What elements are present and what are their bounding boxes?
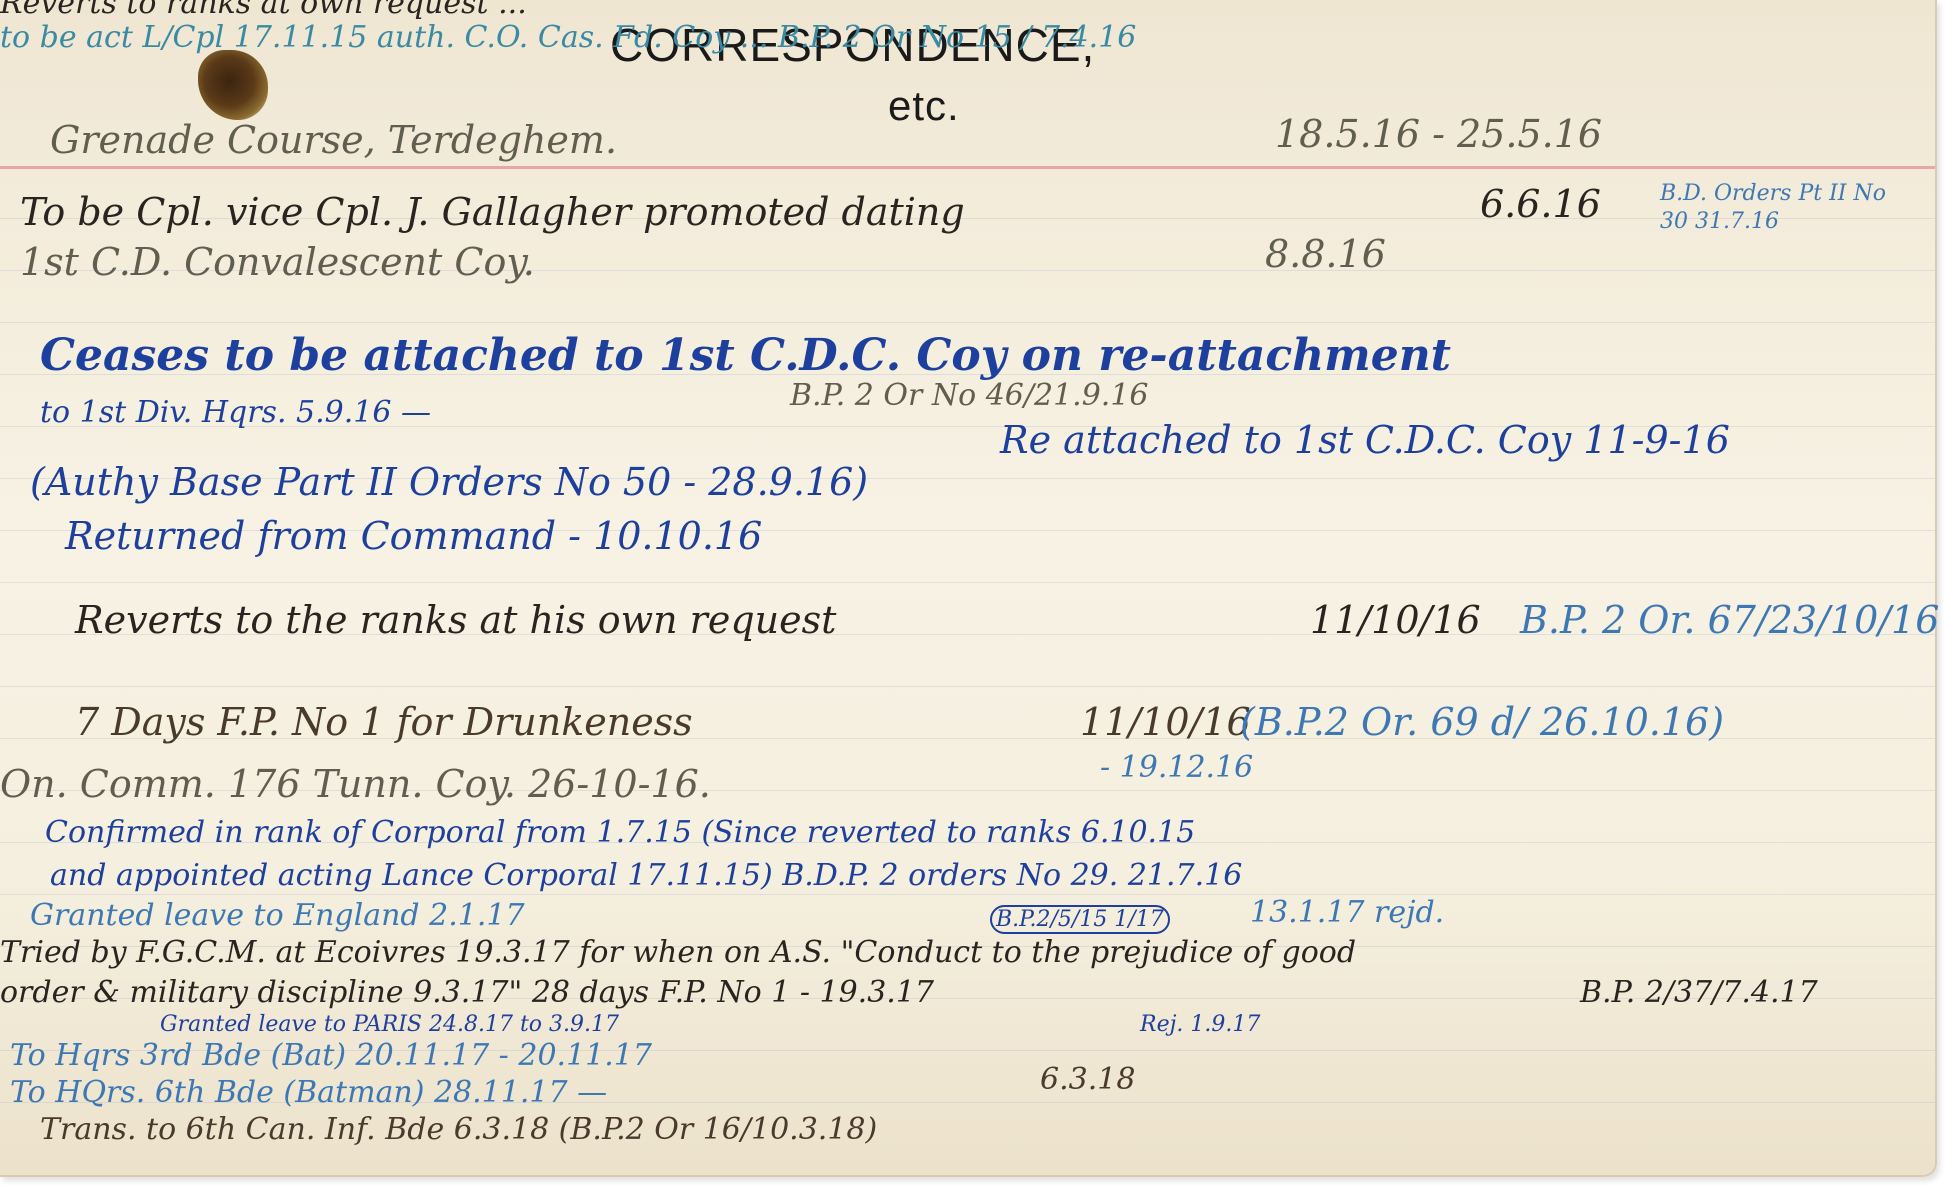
- entry-tunn-coy-date: - 19.12.16: [1100, 750, 1253, 785]
- entry-reverts-date: 11/10/16: [1310, 598, 1481, 642]
- entry-fp-drunkeness-date: 11/10/16: [1080, 700, 1251, 744]
- entry-leave-paris: Granted leave to PARIS 24.8.17 to 3.9.17: [160, 1012, 619, 1037]
- service-record-card: CORRESPONDENCE, etc. Reverts to ranks at…: [0, 0, 1937, 1177]
- ruled-line: [0, 582, 1935, 583]
- entry-reverts-ref: B.P. 2 Or. 67/23/10/16: [1520, 598, 1939, 642]
- entry-to-be-cpl-ref: B.D. Orders Pt II No 30 31.7.16: [1660, 180, 1920, 236]
- entry-hqrs-6th-bde: To HQrs. 6th Bde (Batman) 28.11.17 —: [10, 1075, 607, 1110]
- entry-top-blue: to be act L/Cpl 17.11.15 auth. C.O. Cas.…: [0, 20, 1136, 55]
- entry-appointed-lcpl: and appointed acting Lance Corporal 17.1…: [50, 858, 1242, 893]
- red-margin-rule: [0, 166, 1935, 169]
- entry-to-div-hqrs-ref: B.P. 2 Or No 46/21.9.16: [790, 378, 1149, 413]
- entry-top-cut: Reverts to ranks at own request ...: [0, 0, 527, 21]
- ruled-line: [0, 894, 1935, 895]
- entry-leave-paris-return: Rej. 1.9.17: [1140, 1012, 1260, 1037]
- printed-subheading: etc.: [888, 82, 960, 130]
- entry-to-be-cpl: To be Cpl. vice Cpl. J. Gallagher promot…: [20, 190, 965, 234]
- entry-fgcm: Tried by F.G.C.M. at Ecoivres 19.3.17 fo…: [0, 935, 1356, 970]
- entry-re-attached: Re attached to 1st C.D.C. Coy 11-9-16: [1000, 418, 1730, 462]
- entry-leave-england-return: 13.1.17 rejd.: [1250, 895, 1444, 930]
- ruled-line: [0, 322, 1935, 323]
- entry-hqrs-6th-bde-date: 6.3.18: [1040, 1062, 1135, 1097]
- entry-to-div-hqrs: to 1st Div. Hqrs. 5.9.16 —: [40, 395, 431, 430]
- entry-leave-england: Granted leave to England 2.1.17: [30, 898, 525, 933]
- entry-grenade-course: Grenade Course, Terdeghem.: [50, 118, 617, 162]
- ruled-line: [0, 686, 1935, 687]
- entry-hqrs-3rd-bde: To Hqrs 3rd Bde (Bat) 20.11.17 - 20.11.1…: [10, 1038, 652, 1073]
- entry-leave-england-ref: B.P.2/5/15 1/17: [990, 905, 1170, 934]
- entry-returned: Returned from Command - 10.10.16: [65, 514, 762, 558]
- entry-ceases-attached: Ceases to be attached to 1st C.D.C. Coy …: [40, 330, 1451, 381]
- entry-to-be-cpl-date: 6.6.16: [1480, 182, 1601, 226]
- entry-fgcm-ref: B.P. 2/37/7.4.17: [1580, 975, 1818, 1010]
- entry-authy-base: (Authy Base Part II Orders No 50 - 28.9.…: [30, 460, 868, 504]
- ink-stain: [198, 50, 268, 120]
- entry-fgcm-2: order & military discipline 9.3.17" 28 d…: [0, 975, 934, 1010]
- entry-grenade-course-date: 18.5.16 - 25.5.16: [1275, 112, 1602, 156]
- entry-convalescent: 1st C.D. Convalescent Coy.: [20, 240, 535, 284]
- entry-reverts: Reverts to the ranks at his own request: [75, 598, 836, 642]
- entry-trans-6th: Trans. to 6th Can. Inf. Bde 6.3.18 (B.P.…: [40, 1112, 877, 1147]
- entry-confirmed-cpl: Confirmed in rank of Corporal from 1.7.1…: [45, 815, 1195, 850]
- entry-fp-drunkeness-ref: (B.P.2 Or. 69 d/ 26.10.16): [1240, 700, 1724, 744]
- entry-fp-drunkeness: 7 Days F.P. No 1 for Drunkeness: [75, 700, 693, 744]
- entry-tunn-coy: On. Comm. 176 Tunn. Coy. 26-10-16.: [0, 762, 711, 806]
- entry-convalescent-date: 8.8.16: [1265, 232, 1386, 276]
